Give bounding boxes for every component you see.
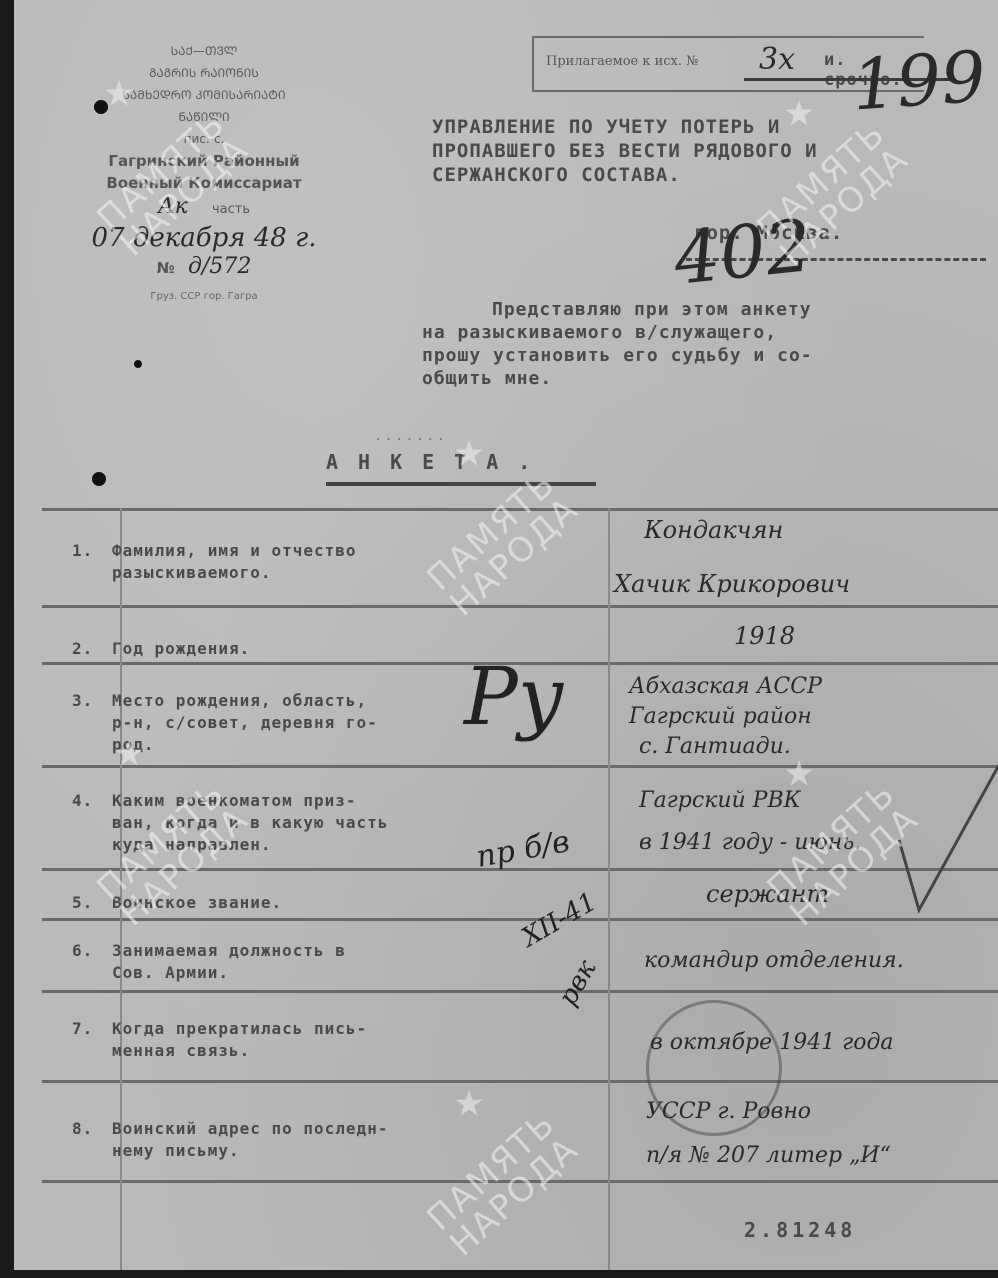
paper-hole <box>134 360 142 368</box>
question-2: 2.Год рождения. <box>72 638 250 660</box>
paper-hole <box>92 472 106 486</box>
watermark: ПАМЯТЬНАРОДА <box>422 466 585 622</box>
margin-signature: Ру <box>464 650 564 743</box>
answer-8: УССР г. Ровно п/я № 207 литер „И“ <box>646 1090 891 1178</box>
question-7: 7.Когда прекратилась пись- менная связь. <box>72 1018 367 1062</box>
answer-7: в октябре 1941 года <box>650 1030 894 1055</box>
stamp-title-1: Гагринский Районный <box>54 150 354 172</box>
question-3: 3.Место рождения, область, р-н, с/совет,… <box>72 690 378 756</box>
decorative-dots: ....... <box>374 428 447 444</box>
row-divider <box>42 508 998 511</box>
stamp-part-handwritten: Ак <box>158 194 188 219</box>
margin-note-3: рвк <box>553 955 603 1011</box>
row-divider <box>42 605 998 608</box>
form-title: АНКЕТА. <box>326 450 550 474</box>
stamp-number: д/572 <box>188 254 251 279</box>
handwritten-number-middle: 402 <box>670 203 815 301</box>
answer-6: командир отделения. <box>644 948 904 973</box>
answer-3: Абхазская АССР Гагрский район с. Гантиад… <box>629 672 822 762</box>
question-6: 6.Занимаемая должность в Сов. Армии. <box>72 940 346 984</box>
addressee: УПРАВЛЕНИЕ ПО УЧЕТУ ПОТЕРЬ И ПРОПАВШЕГО … <box>432 115 818 187</box>
stamp-georgian-line: ᲡᲐᲥ—ᲗᲕᲚ <box>54 40 354 62</box>
addressee-line: ПРОПАВШЕГО БЕЗ ВЕСТИ РЯДОВОГО И <box>432 139 818 163</box>
question-8: 8.Воинский адрес по последн- нему письму… <box>72 1118 388 1162</box>
stamp-number-label: № <box>157 259 175 277</box>
row-divider <box>42 918 998 921</box>
row-divider <box>42 1080 998 1083</box>
row-divider <box>42 765 998 768</box>
request-line: на разыскиваемого в/служащего, <box>422 321 982 344</box>
serial-number: 2.81248 <box>744 1218 856 1242</box>
answer-5: сержант <box>706 880 829 908</box>
stamp-georgian-line: ᲒᲐᲒᲠᲘᲡ ᲠᲐᲘᲝᲜᲘᲡ <box>54 62 354 84</box>
stamp-date: 07 декабря 48 г. <box>54 223 354 253</box>
watermark-star-icon: ★ <box>454 1070 484 1128</box>
answer-2: 1918 <box>734 622 795 650</box>
row-divider <box>42 1180 998 1183</box>
stamp-part-label: часть <box>212 202 250 217</box>
request-line: Представляю при этом анкету <box>422 298 982 321</box>
watermark: ПАМЯТЬНАРОДА <box>422 1106 585 1262</box>
stamp-title-2: Военный Комиссариат <box>54 172 354 194</box>
column-divider <box>608 508 610 1270</box>
row-divider <box>42 990 998 993</box>
question-1: 1.Фамилия, имя и отчество разыскиваемого… <box>72 540 357 584</box>
request-line: прошу установить его судьбу и со- <box>422 344 982 367</box>
addressee-line: УПРАВЛЕНИЕ ПО УЧЕТУ ПОТЕРЬ И <box>432 115 818 139</box>
request-paragraph: Представляю при этом анкету на разыскива… <box>422 298 982 390</box>
checkmark-icon <box>894 760 998 920</box>
margin-note-2: XII-41 <box>517 887 602 953</box>
title-underline <box>326 482 596 486</box>
row-divider <box>42 868 998 871</box>
urgent-label: Прилагаемое к исх. № <box>546 54 698 69</box>
question-5: 5.Воинское звание. <box>72 892 282 914</box>
answer-1-name: Хачик Крикорович <box>614 570 850 598</box>
stamp-location: Груз. ССР гор. Гагра <box>54 291 354 302</box>
answer-1-surname: Кондакчян <box>644 516 783 544</box>
urgent-handwritten: 3х <box>759 42 795 77</box>
addressee-line: СЕРЖАНСКОГО СОСТАВА. <box>432 163 818 187</box>
stamp-unit-line: пис.-с. <box>54 128 354 150</box>
handwritten-number-top: 199 <box>849 35 988 126</box>
paper-hole <box>94 100 108 114</box>
request-line: общить мне. <box>422 367 982 390</box>
question-4: 4.Каким военкоматом приз- ван, когда и в… <box>72 790 388 856</box>
answer-4: Гагрский РВК в 1941 году - июнь. <box>639 780 861 864</box>
document-page: ᲡᲐᲥ—ᲗᲕᲚ ᲒᲐᲒᲠᲘᲡ ᲠᲐᲘᲝᲜᲘᲡ ᲡᲐᲛᲮᲔᲓᲠᲝ ᲙᲝᲛᲘᲡᲐᲠᲘ… <box>14 0 998 1270</box>
sender-stamp: ᲡᲐᲥ—ᲗᲕᲚ ᲒᲐᲒᲠᲘᲡ ᲠᲐᲘᲝᲜᲘᲡ ᲡᲐᲛᲮᲔᲓᲠᲝ ᲙᲝᲛᲘᲡᲐᲠᲘ… <box>54 40 354 302</box>
